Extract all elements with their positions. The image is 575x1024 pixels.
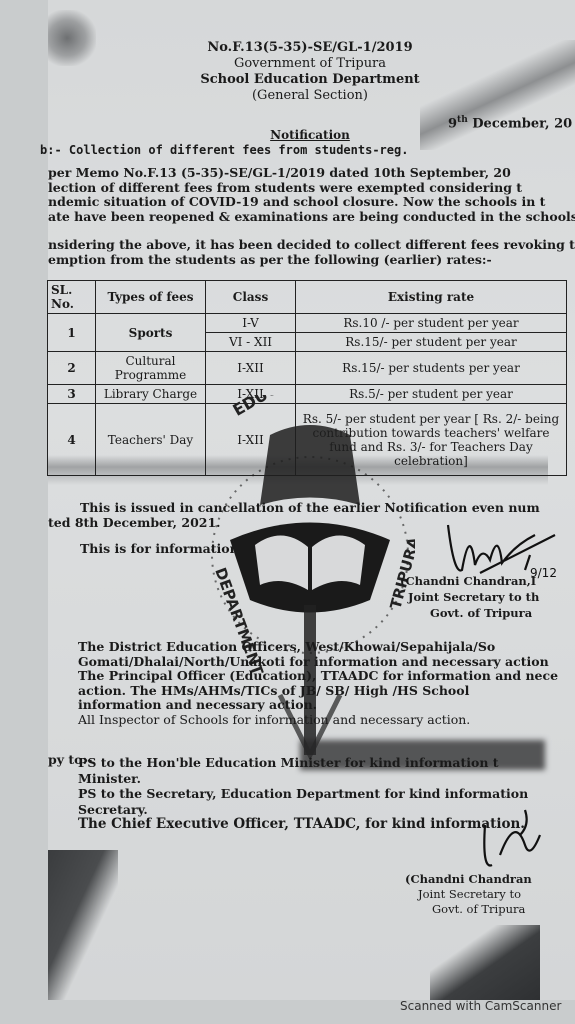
signature-2 bbox=[470, 805, 550, 875]
section-name: (General Section) bbox=[0, 88, 575, 103]
distribution-item: action. The HMs/AHMs/TICs of JB/ SB/ Hig… bbox=[78, 684, 575, 699]
cell-class: I-XII bbox=[206, 352, 296, 385]
scanner-watermark: Scanned with CamScanner bbox=[400, 999, 561, 1013]
reference-number: No.F.13(5-35)-SE/GL-1/2019 bbox=[0, 40, 575, 55]
table-row: 3 Library Charge I-XII Rs.5/- per studen… bbox=[48, 385, 567, 404]
body-line: emption from the students as per the fol… bbox=[48, 253, 575, 268]
body-line: nsidering the above, it has been decided… bbox=[48, 238, 575, 253]
signatory-govt: Govt. of Tripura bbox=[430, 606, 532, 620]
cell-class: I-V bbox=[206, 314, 296, 333]
cell-sl: 4 bbox=[48, 404, 96, 476]
cell-type: Teachers' Day bbox=[96, 404, 206, 476]
government-name: Government of Tripura bbox=[0, 56, 575, 71]
body-line: lection of different fees from students … bbox=[48, 181, 575, 196]
body-line: ate have been reopened & examinations ar… bbox=[48, 210, 575, 225]
cancellation-date: ted 8th December, 2021. bbox=[48, 515, 221, 530]
header-fee-type: Types of fees bbox=[96, 281, 206, 314]
distribution-item: The Principal Officer (Education), TTAAD… bbox=[78, 669, 575, 684]
copy-to-item: PS to the Hon'ble Education Minister for… bbox=[78, 755, 548, 771]
cell-sl: 1 bbox=[48, 314, 96, 352]
signatory-title: Joint Secretary to th bbox=[408, 590, 539, 604]
body-line: per Memo No.F.13 (5-35)-SE/GL-1/2019 dat… bbox=[48, 166, 575, 181]
signatory-name: (Chandni Chandran,I bbox=[400, 574, 536, 588]
cell-sl: 3 bbox=[48, 385, 96, 404]
cell-class: I-XII bbox=[206, 385, 296, 404]
header-sl-no: SL. No. bbox=[48, 281, 96, 314]
department-name: School Education Department bbox=[0, 72, 575, 87]
shadow bbox=[48, 850, 118, 1000]
table-header-row: SL. No. Types of fees Class Existing rat… bbox=[48, 281, 567, 314]
cell-sl: 2 bbox=[48, 352, 96, 385]
distribution-item: The District Education Officers, West/Kh… bbox=[78, 640, 575, 655]
distribution-item: information and necessary action. bbox=[78, 698, 575, 713]
body-paragraph-2: nsidering the above, it has been decided… bbox=[48, 238, 575, 267]
table-row: 4 Teachers' Day I-XII Rs. 5/- per studen… bbox=[48, 404, 567, 476]
cell-rate: Rs.15/- per student per year bbox=[296, 333, 567, 352]
subject-line: b:- Collection of different fees from st… bbox=[40, 143, 408, 157]
cell-rate: Rs.10 /- per student per year bbox=[296, 314, 567, 333]
signatory-2-govt: Govt. of Tripura bbox=[432, 902, 525, 916]
header-existing-rate: Existing rate bbox=[296, 281, 567, 314]
signatory-2-title: Joint Secretary to bbox=[418, 887, 521, 901]
fees-table: SL. No. Types of fees Class Existing rat… bbox=[47, 280, 567, 476]
cell-class: I-XII bbox=[206, 404, 296, 476]
body-paragraph-1: per Memo No.F.13 (5-35)-SE/GL-1/2019 dat… bbox=[48, 166, 575, 224]
cell-type: Cultural Programme bbox=[96, 352, 206, 385]
table-row: 2 Cultural Programme I-XII Rs.15/- per s… bbox=[48, 352, 567, 385]
distribution-list: The District Education Officers, West/Kh… bbox=[78, 640, 575, 727]
information-line: This is for information & necessary acti… bbox=[80, 541, 380, 556]
notification-title: Notification bbox=[0, 128, 575, 142]
cell-rate: Rs.15/- per students per year bbox=[296, 352, 567, 385]
cell-type: Sports bbox=[96, 314, 206, 352]
copy-to-item: Minister. bbox=[78, 771, 548, 787]
cell-class: VI - XII bbox=[206, 333, 296, 352]
table-row: 1 Sports I-V Rs.10 /- per student per ye… bbox=[48, 314, 567, 333]
shadow bbox=[430, 925, 540, 1000]
cell-rate: Rs.5/- per student per year bbox=[296, 385, 567, 404]
header-class: Class bbox=[206, 281, 296, 314]
cell-rate: Rs. 5/- per student per year [ Rs. 2/- b… bbox=[296, 404, 567, 476]
signatory-2-name: (Chandni Chandran bbox=[405, 872, 532, 886]
distribution-item: All Inspector of Schools for information… bbox=[78, 713, 575, 728]
distribution-item: Gomati/Dhalai/North/Unakoti for informat… bbox=[78, 655, 575, 670]
body-line: ndemic situation of COVID-19 and school … bbox=[48, 195, 575, 210]
cell-type: Library Charge bbox=[96, 385, 206, 404]
cancellation-text: This is issued in cancellation of the ea… bbox=[80, 500, 540, 515]
copy-to-item: PS to the Secretary, Education Departmen… bbox=[78, 786, 548, 802]
